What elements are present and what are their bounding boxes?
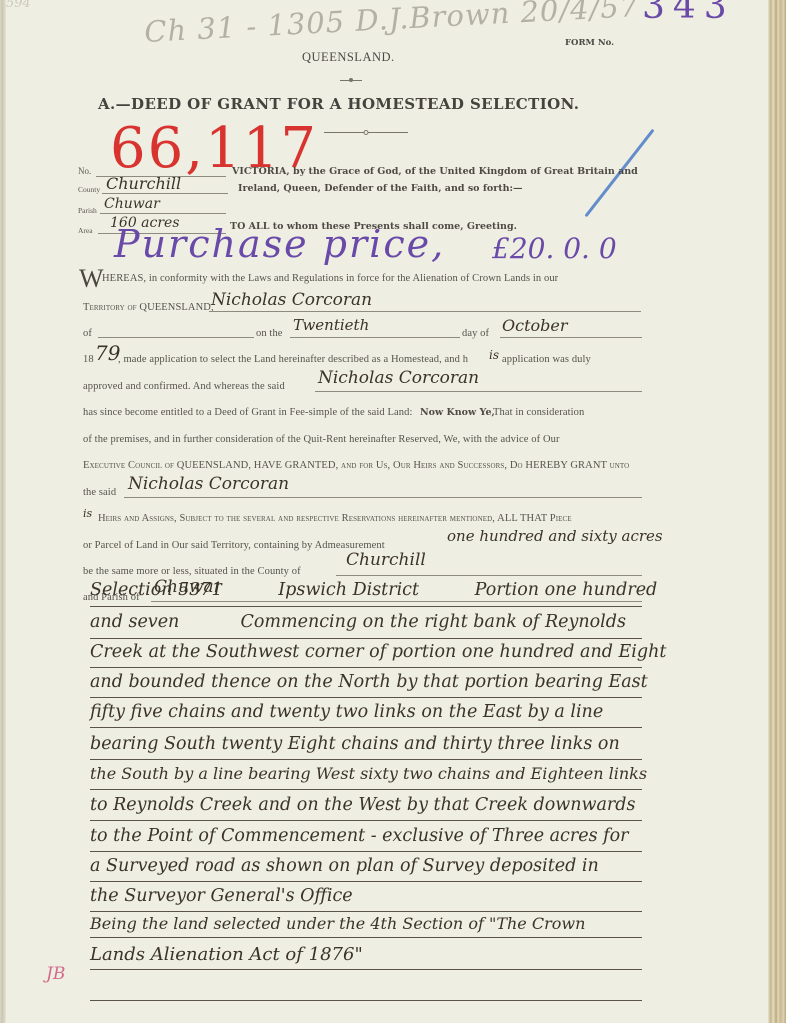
ornament-divider-2 <box>324 132 408 133</box>
no-label: No. <box>78 166 91 176</box>
description-line-12: Being the land selected under the 4th Se… <box>90 914 585 933</box>
description-line-10: a Surveyed road as shown on plan of Surv… <box>90 856 599 876</box>
description-rule-4 <box>90 697 642 698</box>
approved-text: approved and confirmed. And whereas the … <box>83 381 285 392</box>
county-field: Churchill <box>106 174 181 193</box>
county-line-underline <box>336 575 642 576</box>
deed-page: 594 Ch 31 - 1305 D.J.Brown 20/4/57 343 F… <box>6 0 770 1023</box>
page-number: 343 <box>642 0 735 27</box>
description-rule-10 <box>90 881 642 882</box>
territory-underline <box>209 311 641 312</box>
description-line-6: bearing South twenty Eight chains and th… <box>90 734 620 754</box>
book-binding-edge <box>768 0 786 1023</box>
said-underline <box>315 391 642 392</box>
whereas-line: HEREAS, in conformity with the Laws and … <box>102 273 558 284</box>
description-line-7: the South by a line bearing West sixty t… <box>90 764 647 783</box>
day-underline <box>290 337 460 338</box>
description-rule-8 <box>90 820 642 821</box>
margin-initials: JB <box>46 964 65 984</box>
description-rule-2 <box>90 638 642 639</box>
pronoun: is <box>489 348 499 362</box>
description-line-5: fifty five chains and twenty two links o… <box>90 702 603 722</box>
grantee-name-3: Nicholas Corcoran <box>128 474 289 494</box>
description-rule-9 <box>90 851 642 852</box>
parcel-text: or Parcel of Land in Our said Territory,… <box>83 540 385 551</box>
county-text: be the same more or less, situated in th… <box>83 566 301 577</box>
county-underline <box>102 193 228 194</box>
deed-title: A.—DEED OF GRANT FOR A HOMESTEAD SELECTI… <box>98 95 579 113</box>
purchase-price-label: Purchase price, <box>114 222 445 266</box>
of-label: of <box>83 328 92 339</box>
description-rule-7 <box>90 789 642 790</box>
whereas-initial: W <box>79 264 104 294</box>
preamble-line-2: Ireland, Queen, Defender of the Faith, a… <box>238 183 523 194</box>
territory-label: Territory of QUEENSLAND, <box>83 302 214 313</box>
description-line-2: and seven Commencing on the right bank o… <box>90 612 626 632</box>
description-line-1: Selection 5371 Ipswich District Portion … <box>90 580 657 600</box>
of-underline <box>98 337 254 338</box>
county-value: Churchill <box>346 550 426 570</box>
area-label: Area <box>78 226 93 235</box>
preamble-line-1: VICTORIA, by the Grace of God, of the Un… <box>232 166 638 177</box>
description-line-4: and bounded thence on the North by that … <box>90 672 648 692</box>
month-underline <box>500 337 642 338</box>
description-rule-12 <box>90 937 642 938</box>
grantee-name-2: Nicholas Corcoran <box>318 368 479 388</box>
the-said-label: the said <box>83 487 116 498</box>
parish-line-underline <box>151 601 642 602</box>
description-line-3: Creek at the Southwest corner of portion… <box>90 642 666 662</box>
application-text: , made application to select the Land he… <box>118 354 468 365</box>
description-rule-14 <box>90 1000 642 1001</box>
grantee-name: Nicholas Corcoran <box>211 290 372 310</box>
description-line-11: the Surveyor General's Office <box>90 886 353 906</box>
admeasurement-value: one hundred and sixty acres <box>447 527 663 545</box>
know-ye: Now Know Ye, <box>420 407 495 418</box>
year-suffix: 79 <box>95 341 120 365</box>
parish-field: Chuwar <box>104 196 160 212</box>
entitled-text-a: has since become entitled to a Deed of G… <box>83 407 413 418</box>
pronoun-2: is <box>83 507 92 520</box>
entitled-text-b: That in consideration <box>493 407 584 418</box>
premises-text: of the premises, and in further consider… <box>83 434 560 445</box>
state-heading: QUEENSLAND. <box>302 50 395 65</box>
on-the-label: on the <box>256 328 283 339</box>
day-of-label: day of <box>462 328 489 339</box>
description-line-8: to Reynolds Creek and on the West by tha… <box>90 795 635 815</box>
month-value: October <box>502 316 568 335</box>
description-rule-11 <box>90 911 642 912</box>
the-said-underline <box>124 497 642 498</box>
county-label: County <box>78 185 100 194</box>
application-text-2: application was duly <box>502 354 591 365</box>
parish-label: Parish <box>78 206 97 215</box>
heirs-text: Heirs and Assigns, Subject to the severa… <box>98 513 572 524</box>
form-number-label: FORM No. <box>565 38 614 48</box>
corner-mark: 594 <box>6 0 31 11</box>
day-value: Twentieth <box>293 316 369 334</box>
ornament-divider <box>340 80 362 81</box>
year-prefix: 18 <box>83 354 94 365</box>
purchase-price-value: £20. 0. 0 <box>492 232 617 265</box>
parish-underline <box>100 213 226 214</box>
description-line-9: to the Point of Commencement - exclusive… <box>90 826 629 846</box>
description-rule-13 <box>90 969 642 970</box>
description-rule-3 <box>90 667 642 668</box>
executive-text: Executive Council of QUEENSLAND, HAVE GR… <box>83 460 629 471</box>
description-line-13: Lands Alienation Act of 1876" <box>90 944 363 965</box>
description-rule-6 <box>90 759 642 760</box>
description-rule-1 <box>90 606 642 607</box>
description-rule-5 <box>90 727 642 728</box>
